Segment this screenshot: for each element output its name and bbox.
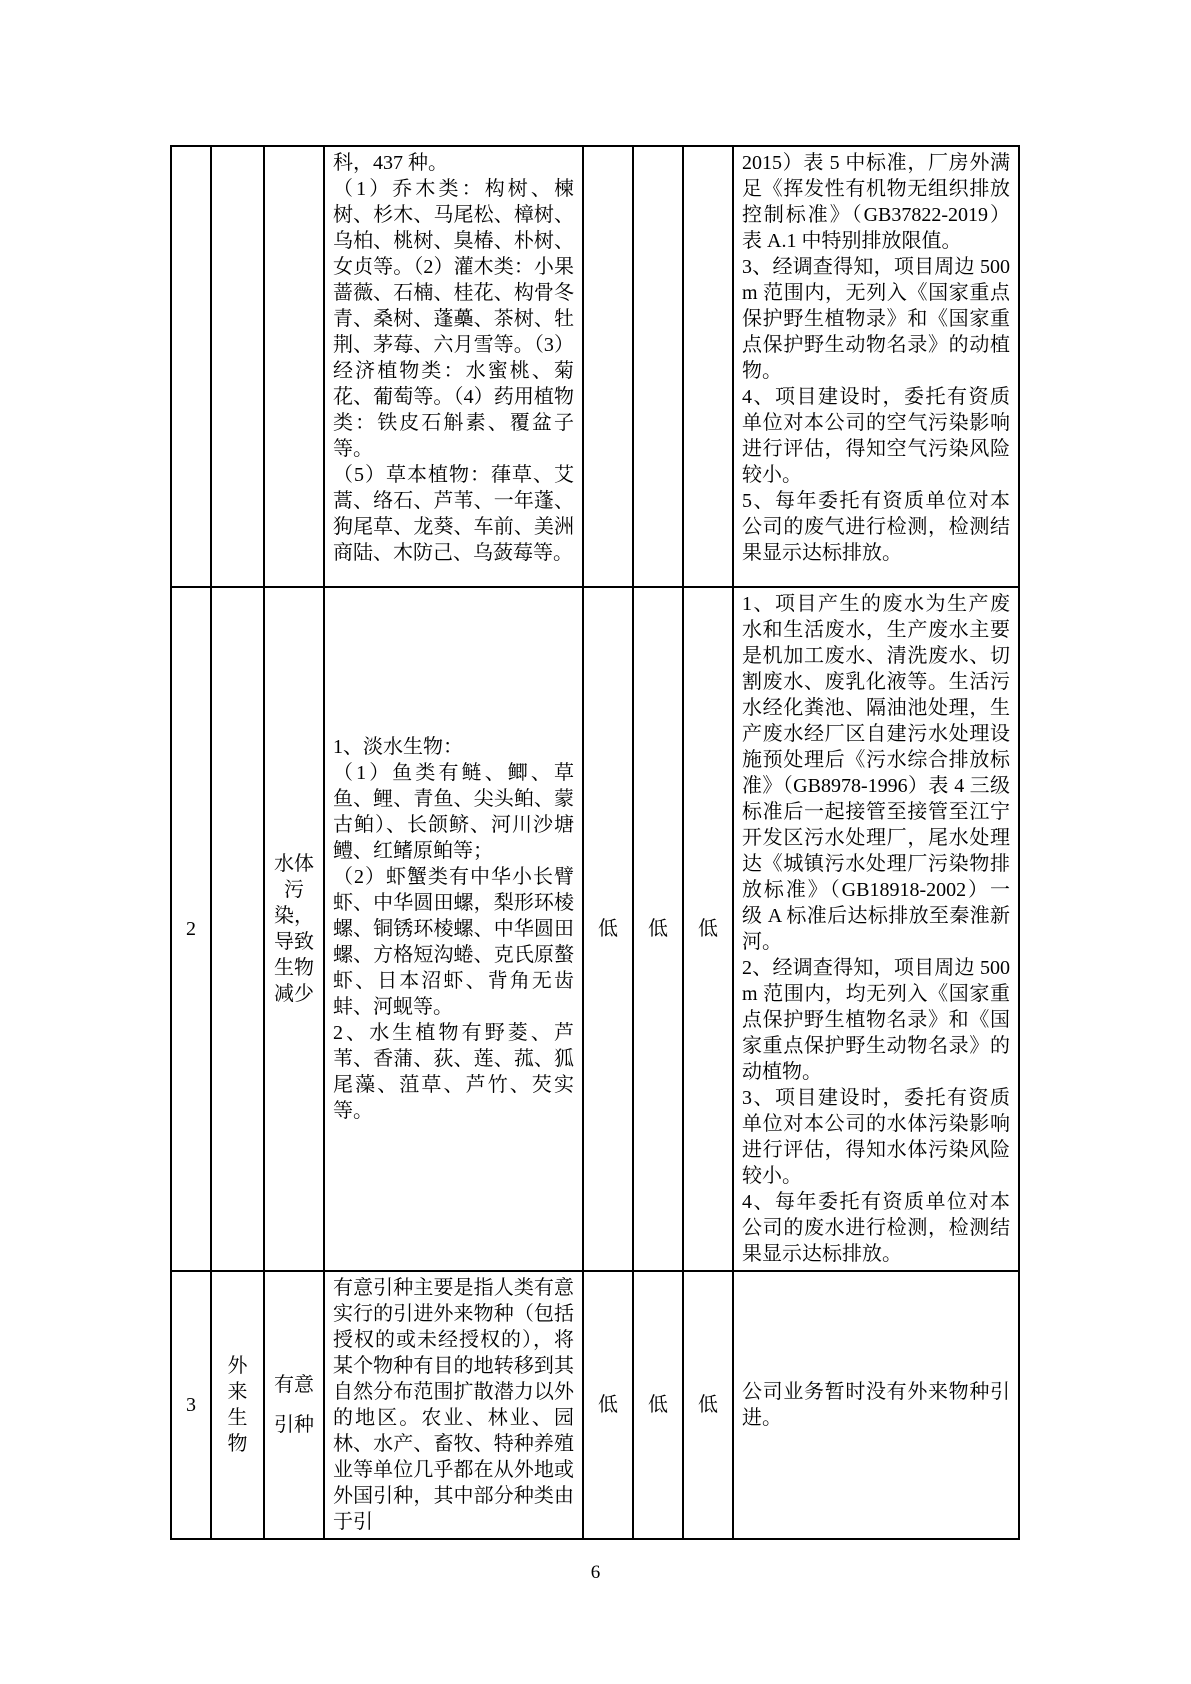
row2-category-cell [211, 587, 264, 1271]
row1-category-cell [211, 146, 264, 587]
row3-number-cell: 3 [171, 1271, 211, 1539]
row2-measures-cell: 1、项目产生的废水为生产废水和生活废水，生产废水主要是机加工废水、清洗废水、切割… [733, 587, 1019, 1271]
page-number: 6 [0, 1562, 1191, 1584]
row3-description-cell: 有意引种主要是指人类有意实行的引进外来物种（包括授权的或未经授权的），将某个物种… [324, 1271, 583, 1539]
row2-impact2-cell: 低 [633, 587, 683, 1271]
row3-impact2-cell: 低 [633, 1271, 683, 1539]
row3-impact3-cell: 低 [683, 1271, 733, 1539]
row2-description-cell: 1、淡水生物： （1）鱼类有鲢、鲫、草鱼、鲤、青鱼、尖头鲌、蒙古鲌）、长颌鲚、河… [324, 587, 583, 1271]
table-row: 科，437 种。 （1）乔木类：构树、楝树、杉木、马尾松、樟树、乌柏、桃树、臭椿… [171, 146, 1019, 587]
table-row: 2 水体污染，导致生物减少 1、淡水生物： （1）鱼类有鲢、鲫、草鱼、鲤、青鱼、… [171, 587, 1019, 1271]
row3-measures-cell: 公司业务暂时没有外来物种引进。 [733, 1271, 1019, 1539]
row1-measures-cell: 2015）表 5 中标准，厂房外满足《挥发性有机物无组织排放控制标准》（GB37… [733, 146, 1019, 587]
row2-impact1-cell: 低 [583, 587, 633, 1271]
row1-subtype-cell [264, 146, 324, 587]
row2-number-cell: 2 [171, 587, 211, 1271]
row3-category-cell: 外来生物 [211, 1271, 264, 1539]
row2-impact3-cell: 低 [683, 587, 733, 1271]
row3-subtype-cell: 有意引种 [264, 1271, 324, 1539]
row1-impact1-cell [583, 146, 633, 587]
row1-number-cell [171, 146, 211, 587]
impact-table: 科，437 种。 （1）乔木类：构树、楝树、杉木、马尾松、樟树、乌柏、桃树、臭椿… [170, 145, 1020, 1540]
row2-subtype-cell: 水体污染，导致生物减少 [264, 587, 324, 1271]
row3-impact1-cell: 低 [583, 1271, 633, 1539]
document-page: 科，437 种。 （1）乔木类：构树、楝树、杉木、马尾松、樟树、乌柏、桃树、臭椿… [0, 0, 1191, 1684]
table-row: 3 外来生物 有意引种 有意引种主要是指人类有意实行的引进外来物种（包括授权的或… [171, 1271, 1019, 1539]
row1-impact2-cell [633, 146, 683, 587]
row1-impact3-cell [683, 146, 733, 587]
row1-description-cell: 科，437 种。 （1）乔木类：构树、楝树、杉木、马尾松、樟树、乌柏、桃树、臭椿… [324, 146, 583, 587]
